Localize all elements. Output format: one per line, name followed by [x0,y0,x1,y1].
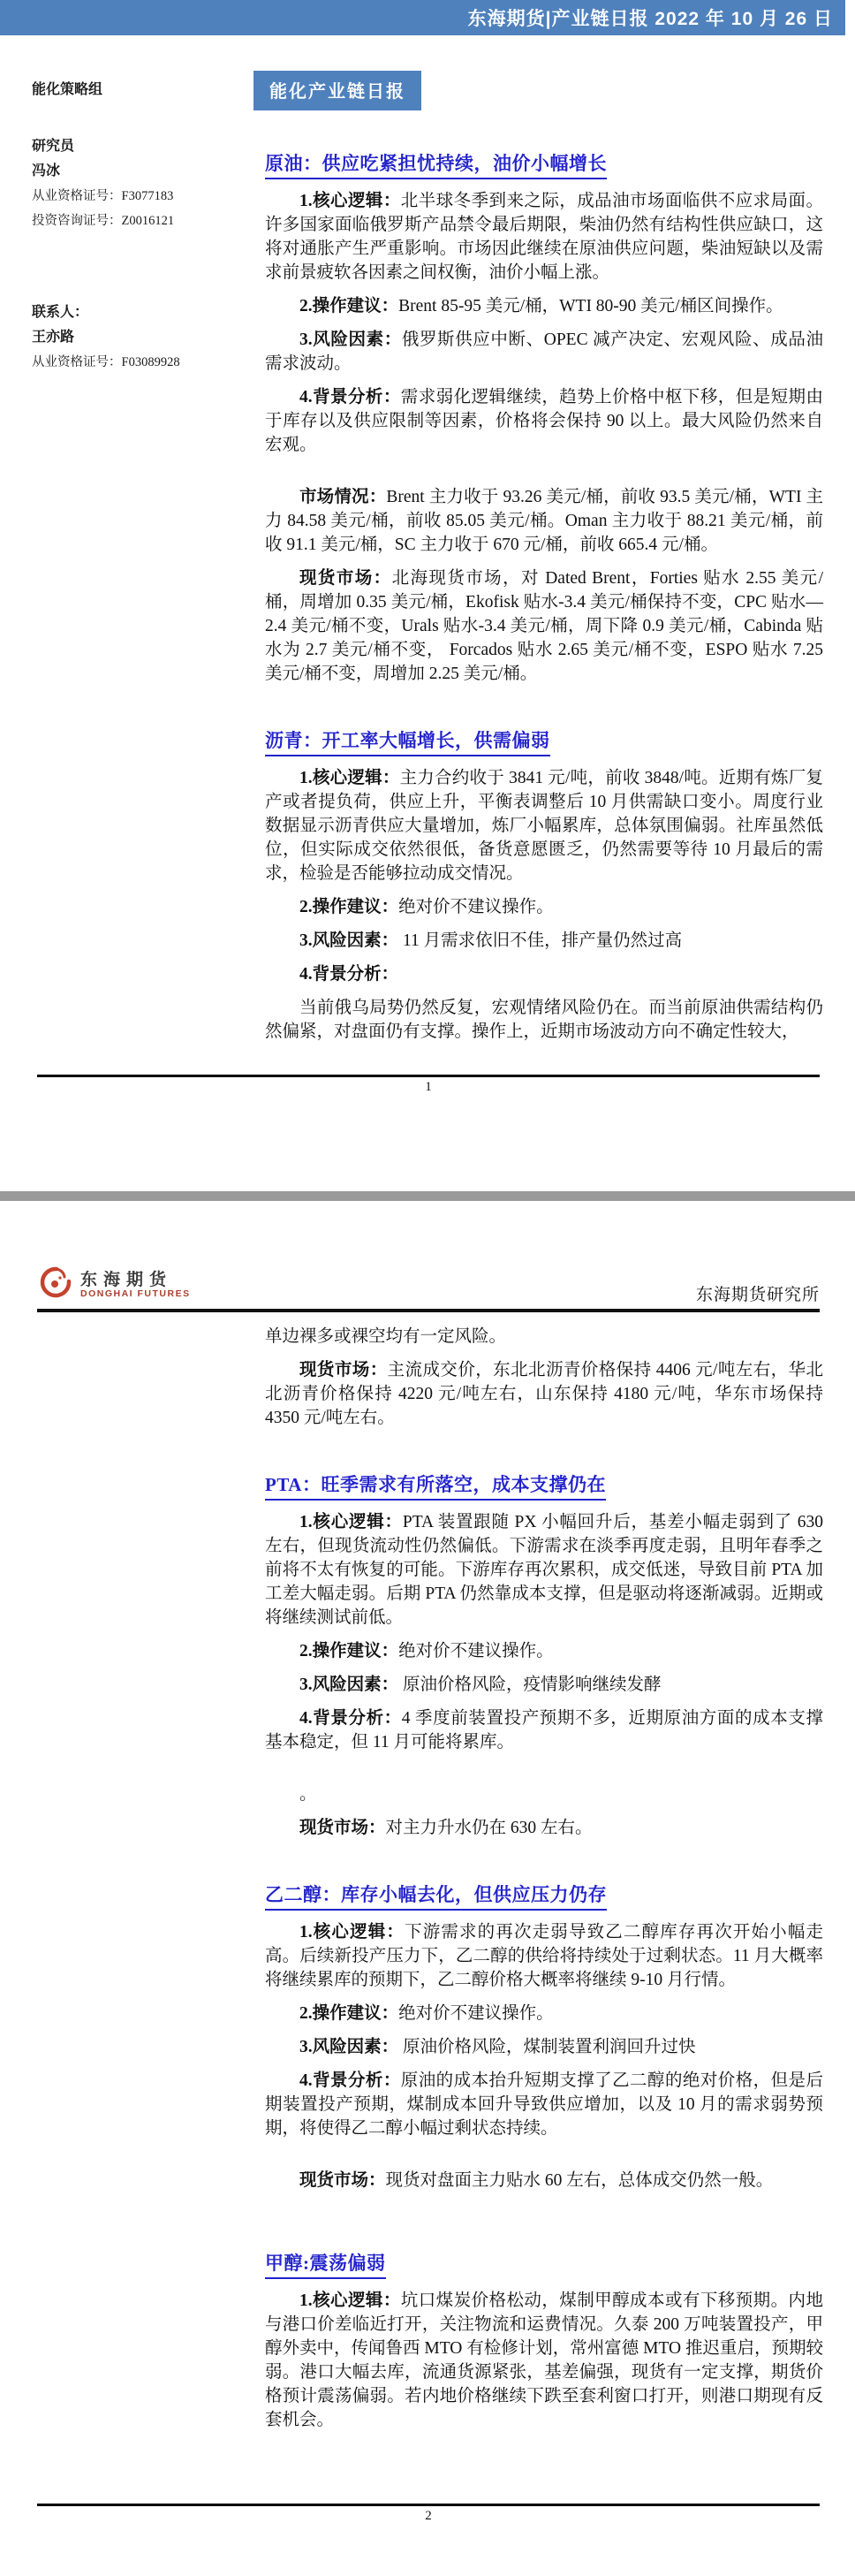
bitumen-spot-market: 现货市场：主流成交价，东北北沥青价格保持 4406 元/吨左右，华北北沥青价格保… [265,1358,823,1430]
bitumen-risks: 3.风险因素： 11 月需求依旧不佳，排产量仍然过高 [265,929,823,953]
bitumen-advice: 2.操作建议：绝对价不建议操作。 [265,895,823,919]
logo-name-en: DONGHAI FUTURES [80,1289,191,1299]
report-page-1: 东海期货|产业链日报 2022 年 10 月 26 日 能化策略组 研究员 冯冰… [0,0,855,1191]
daily-report-banner: 能化产业链日报 [253,71,421,110]
bitumen-background-text: 当前俄乌局势仍然反复，宏观情绪风险仍在。而当前原油供需结构仍然偏紧，对盘面仍有支… [265,996,823,1044]
bitumen-continuation: 单边裸多或裸空均有一定风险。 [265,1325,823,1349]
donghai-futures-logo: 东海期货 DONGHAI FUTURES [37,1265,191,1305]
page-divider [0,1191,855,1201]
section-heading-methanol: 甲醇:震荡偏弱 [265,2249,386,2279]
logo-text: 东海期货 DONGHAI FUTURES [80,1272,191,1299]
report-header-bar: 东海期货|产业链日报 2022 年 10 月 26 日 [0,0,845,35]
meg-risks: 3.风险因素： 原油价格风险，煤制装置利润回升过快 [265,2035,823,2059]
page-1-footer: 1 [37,1075,820,1097]
section-heading-pta: PTA：旺季需求有所落空，成本支撑仍在 [265,1470,606,1501]
meg-core-logic: 1.核心逻辑：下游需求的再次走弱导致乙二醇库存再次开始小幅走高。后续新投产压力下… [265,1920,823,1992]
researcher-name: 冯冰 [32,159,244,184]
section-heading-meg: 乙二醇：库存小幅去化，但供应压力仍存 [265,1881,607,1911]
contact-label: 联系人： [32,300,244,325]
researcher-cert-1: 从业资格证号：F3077183 [32,184,244,209]
crude-core-logic: 1.核心逻辑：北半球冬季到来之际，成品油市场面临供不应求局面。许多国家面临俄罗斯… [265,189,823,285]
strategy-group: 能化策略组 [32,78,244,103]
researcher-cert-2: 投资咨询证号：Z0016121 [32,209,244,233]
report-page-2: 东海期货 DONGHAI FUTURES 东海期货研究所 单边裸多或裸空均有一定… [0,1201,855,2576]
contact-name: 王亦路 [32,325,244,350]
page-2-footer: 2 [37,2504,820,2526]
main-column-page-2: 单边裸多或裸空均有一定风险。 现货市场：主流成交价，东北北沥青价格保持 4406… [265,1325,823,2432]
page-2-number: 2 [37,2506,820,2526]
page-1-number: 1 [37,1077,820,1097]
meg-background: 4.背景分析：原油的成本抬升短期支撑了乙二醇的绝对价格，但是后期装置投产预期，煤… [265,2069,823,2140]
pta-core-logic: 1.核心逻辑：PTA 装置跟随 PX 小幅回升后，基差小幅走弱到了 630 左右… [265,1510,823,1630]
pta-stray-period: 。 [265,1782,823,1806]
author-sidebar: 能化策略组 研究员 冯冰 从业资格证号：F3077183 投资咨询证号：Z001… [32,78,244,375]
crude-advice: 2.操作建议：Brent 85-95 美元/桶，WTI 80-90 美元/桶区间… [265,294,823,318]
research-institute-name: 东海期货研究所 [696,1281,820,1305]
crude-background: 4.背景分析：需求弱化逻辑继续，趋势上价格中枢下移，但是短期由于库存以及供应限制… [265,385,823,457]
main-column-page-1: 能化产业链日报 原油：供应吃紧担忧持续，油价小幅增长 1.核心逻辑：北半球冬季到… [265,35,823,1044]
pta-spot-market: 现货市场：对主力升水仍在 630 左右。 [265,1816,823,1840]
crude-risks: 3.风险因素：俄罗斯供应中断、OPEC 减产决定、宏观风险、成品油需求波动。 [265,328,823,376]
pta-risks: 3.风险因素： 原油价格风险，疫情影响继续发酵 [265,1673,823,1697]
crude-market-summary: 市场情况：Brent 主力收于 93.26 美元/桶，前收 93.5 美元/桶，… [265,485,823,557]
letterhead: 东海期货 DONGHAI FUTURES 东海期货研究所 [37,1266,820,1312]
bitumen-core-logic: 1.核心逻辑：主力合约收于 3841 元/吨，前收 3848/吨。近期有炼厂复产… [265,766,823,885]
researcher-role: 研究员 [32,134,244,159]
donghai-logo-icon [37,1265,72,1305]
pta-advice: 2.操作建议：绝对价不建议操作。 [265,1639,823,1663]
pta-background: 4.背景分析：4 季度前装置投产预期不多，近期原油方面的成本支撑基本稳定，但 1… [265,1706,823,1754]
crude-spot-market: 现货市场：北海现货市场，对 Dated Brent，Forties 贴水 2.5… [265,566,823,686]
contact-cert: 从业资格证号：F03089928 [32,350,244,375]
bitumen-background-label: 4.背景分析： [265,962,823,986]
methanol-core-logic: 1.核心逻辑：坑口煤炭价格松动，煤制甲醇成本或有下移预期。内地与港口价差临近打开… [265,2289,823,2432]
section-heading-bitumen: 沥青：开工率大幅增长，供需偏弱 [265,726,550,756]
section-heading-crude-oil: 原油：供应吃紧担忧持续，油价小幅增长 [265,149,607,179]
meg-spot-market: 现货市场：现货对盘面主力贴水 60 左右，总体成交仍然一般。 [265,2169,823,2192]
logo-name-cn: 东海期货 [80,1272,191,1289]
meg-advice: 2.操作建议：绝对价不建议操作。 [265,2002,823,2025]
report-title: 东海期货|产业链日报 2022 年 10 月 26 日 [468,4,833,31]
